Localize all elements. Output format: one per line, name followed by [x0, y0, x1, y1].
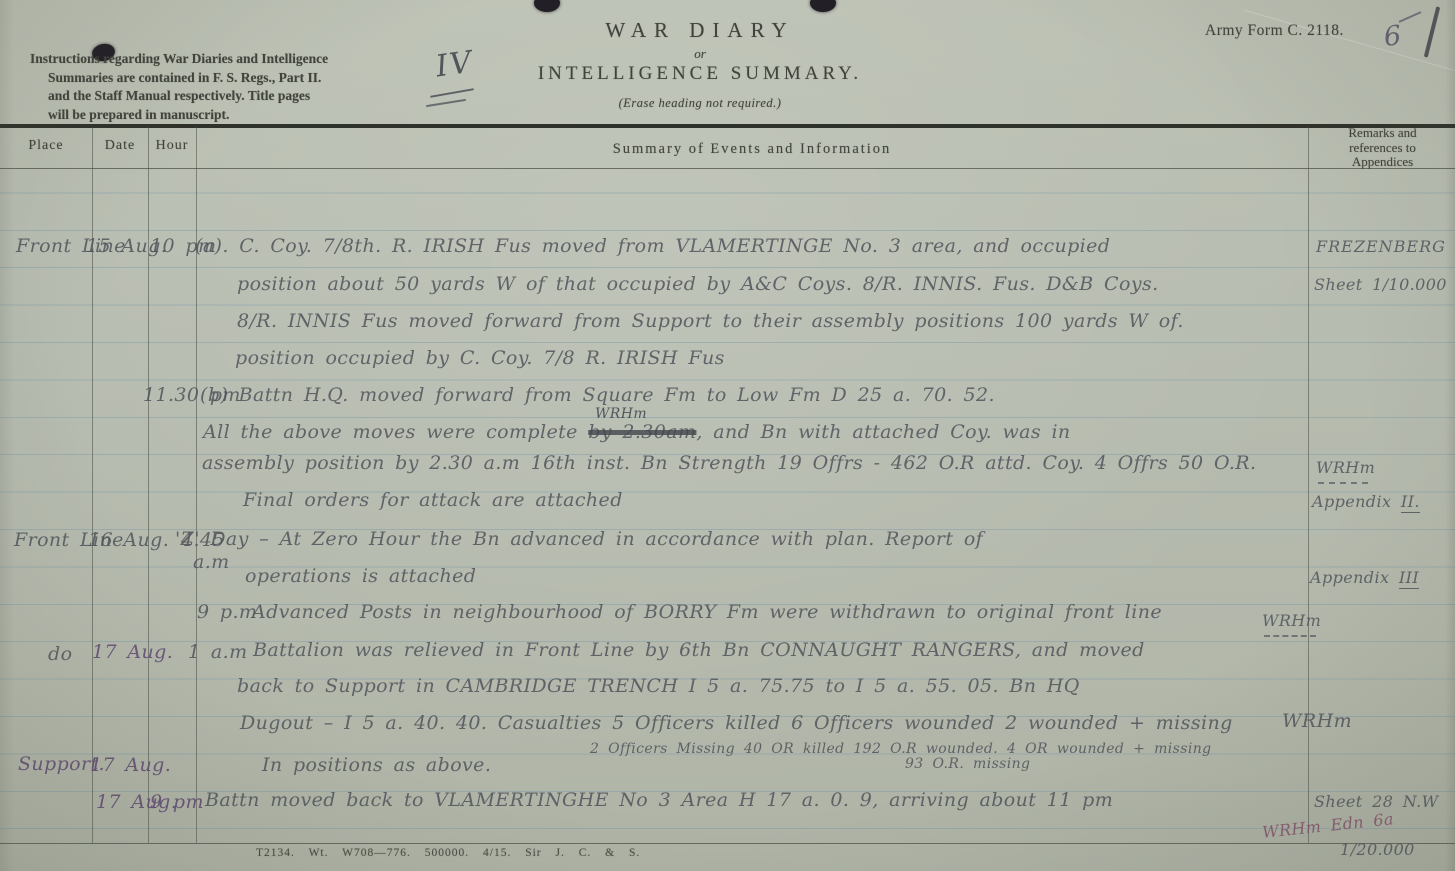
casualty-interlinear-note: 2 Officers Missing 40 OR killed 192 O.R … — [590, 741, 1211, 757]
column-header-summary: Summary of Events and Information — [196, 141, 1308, 158]
table-top-rule — [0, 124, 1455, 128]
entry-date: 16 Aug. — [88, 527, 169, 553]
entry-summary-line: (b) Battn H.Q. moved forward from Square… — [200, 382, 995, 408]
remark-map-name: FREZENBERG — [1316, 234, 1446, 260]
entry-place: do — [48, 641, 72, 667]
table-header-rule — [0, 168, 1455, 169]
column-header-remarks: Remarks and references to Appendices — [1310, 126, 1455, 170]
torn-corner-mark — [1424, 6, 1440, 57]
entry-hour: a.m — [193, 549, 230, 575]
entry-summary-line: Battn moved back to VLAMERTINGHE No 3 Ar… — [205, 787, 1113, 813]
entry-hour: 9 pm — [150, 789, 204, 815]
punch-hole — [534, 0, 560, 12]
erase-heading-note: (Erase heading not required.) — [450, 96, 950, 111]
paper-crease — [1244, 10, 1455, 72]
remark-appendix: Appendix III — [1310, 565, 1419, 591]
remark-appendix: Appendix II. — [1312, 489, 1420, 515]
remarks-header-line: Remarks and — [1310, 126, 1455, 141]
punch-hole — [810, 0, 836, 12]
entry-summary-line: All the above moves were complete by 2.3… — [203, 419, 1071, 445]
remark-map-scale: 1/20.000 — [1340, 837, 1415, 863]
entry-hour: 9 p.m — [197, 599, 257, 625]
entry-summary-line: Advanced Posts in neighbourhood of BORRY… — [252, 599, 1162, 625]
correction-initials: WRHm — [595, 406, 647, 422]
entry-summary-line: (a). C. Coy. 7/8th. R. IRISH Fus moved f… — [195, 233, 1110, 259]
entry-summary-line: position about 50 yards W of that occupi… — [237, 271, 1159, 297]
column-header-date: Date — [92, 138, 148, 154]
struck-out-text: by 2.30am — [588, 421, 696, 443]
remark-initials: WRHm — [1316, 455, 1375, 481]
entry-summary-line: back to Support in CAMBRIDGE TRENCH I 5 … — [237, 673, 1080, 699]
appendix-numeral: III — [1399, 568, 1419, 589]
instructions-line: Instructions regarding War Diaries and I… — [30, 50, 410, 69]
instructions-line: and the Staff Manual respectively. Title… — [30, 87, 410, 106]
entry-summary-line: Dugout – I 5 a. 40. 40. Casualties 5 Off… — [240, 710, 1233, 736]
table-bottom-rule — [0, 843, 1455, 844]
appendix-numeral: II. — [1401, 492, 1420, 513]
column-header-hour: Hour — [148, 138, 196, 154]
form-number: Army Form C. 2118. — [1205, 22, 1344, 40]
initials-dashed-underline — [1264, 634, 1316, 637]
page-subtitle: INTELLIGENCE SUMMARY. — [450, 63, 950, 85]
entry-date: 17 Aug. — [92, 639, 173, 665]
printer-imprint: T2134. Wt. W708—776. 500000. 4/15. Sir J… — [256, 847, 640, 859]
remark-map-scale: Sheet 1/10.000 — [1314, 272, 1447, 298]
instructions-line: will be prepared in manuscript. — [30, 106, 410, 125]
appendix-label: Appendix — [1312, 492, 1391, 511]
entry-summary-line: 'Z' Day – At Zero Hour the Bn advanced i… — [175, 526, 983, 552]
entry-summary-line: Battalion was relieved in Front Line by … — [253, 637, 1145, 663]
entry-date: 17 Aug. — [90, 752, 171, 778]
war-diary-scanned-page: Instructions regarding War Diaries and I… — [0, 0, 1455, 871]
summary-text: All the above moves were complete — [203, 421, 588, 443]
remark-initials: WRHm — [1262, 608, 1321, 634]
remarks-header-line: Appendices — [1310, 155, 1455, 170]
form-instructions: Instructions regarding War Diaries and I… — [30, 50, 410, 124]
entry-summary-line: 8/R. INNIS Fus moved forward from Suppor… — [237, 308, 1184, 334]
summary-text: , and Bn with attached Coy. was in — [696, 421, 1070, 443]
remarks-header-line: references to — [1310, 141, 1455, 156]
appendix-label: Appendix — [1310, 568, 1389, 587]
title-conjunction: or — [450, 46, 950, 62]
correction-initials: WRHm — [1282, 708, 1352, 734]
column-header-place: Place — [0, 138, 92, 154]
pencil-stroke — [1399, 11, 1422, 23]
column-divider-remarks — [1308, 126, 1309, 843]
casualty-interlinear-note: 93 O.R. missing — [905, 756, 1030, 772]
initials-dashed-underline — [1318, 481, 1368, 484]
entry-summary-line: assembly position by 2.30 a.m 16th inst.… — [202, 450, 1256, 476]
entry-summary-line: operations is attached — [245, 563, 476, 589]
entry-summary-line: In positions as above. — [262, 752, 491, 778]
page-number-handwritten: 6 — [1383, 23, 1403, 51]
entry-summary-line: position occupied by C. Coy. 7/8 R. IRIS… — [235, 345, 725, 371]
page-title: WAR DIARY — [450, 18, 950, 43]
instructions-line: Summaries are contained in F. S. Regs., … — [30, 69, 410, 88]
entry-hour: 1 a.m — [188, 639, 248, 665]
entry-summary-line: Final orders for attack are attached — [243, 487, 623, 513]
